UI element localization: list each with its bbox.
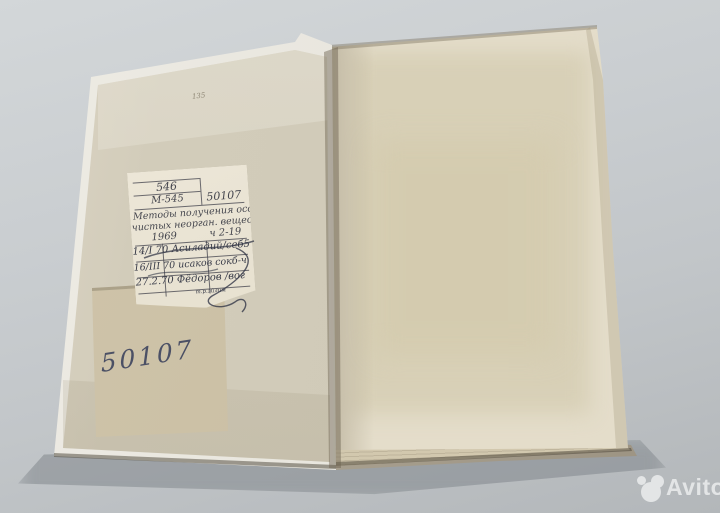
label-inventory-number: 50107 xyxy=(202,189,245,203)
pencil-mark: 135 xyxy=(192,91,206,100)
avito-logo-circle-icon xyxy=(641,482,661,502)
avito-wordmark: Avito xyxy=(666,474,720,501)
page-stain-deep xyxy=(372,140,557,355)
photo-of-open-book: 135 546 М-545 50107 Методы получения осо… xyxy=(0,0,720,513)
signature-flourish xyxy=(138,232,270,318)
